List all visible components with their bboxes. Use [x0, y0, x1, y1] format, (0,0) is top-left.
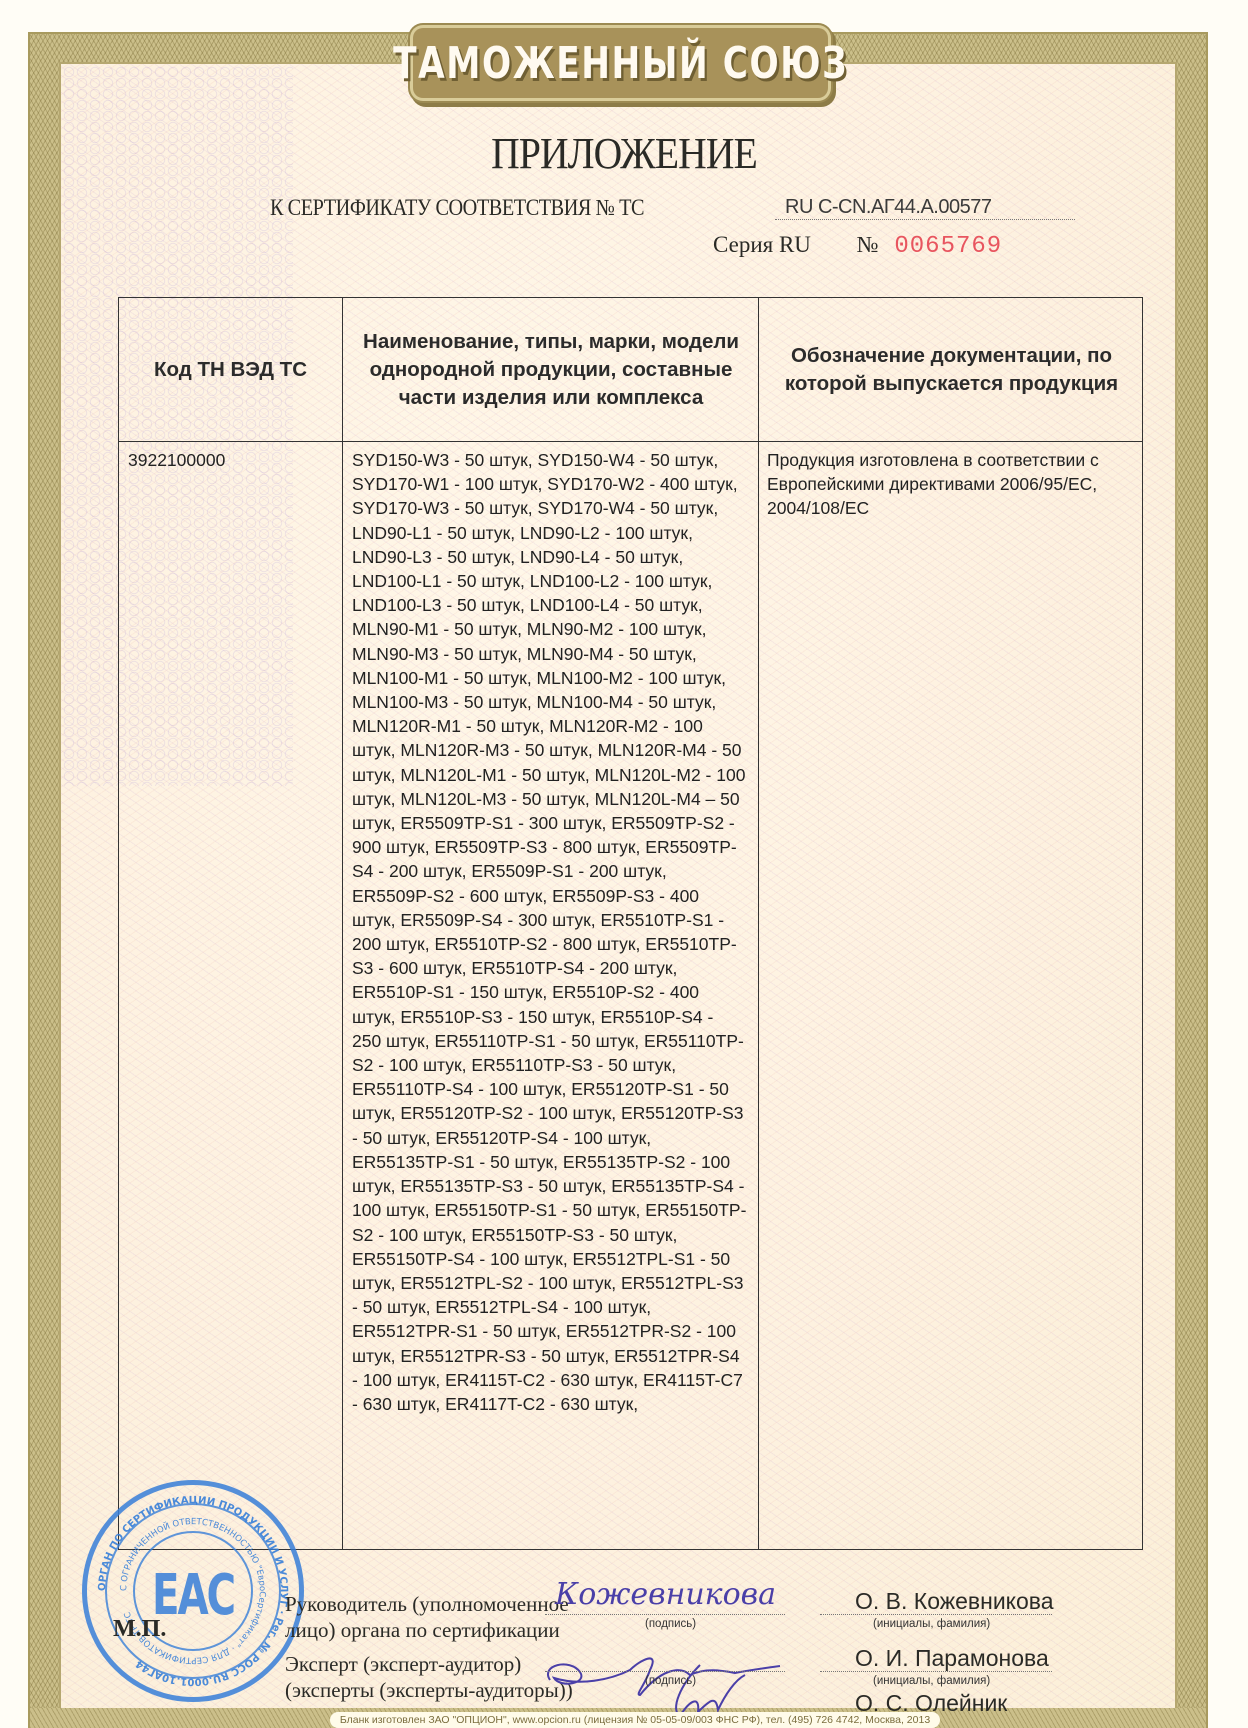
expert-label-line1: Эксперт (эксперт-аудитор) — [285, 1652, 521, 1677]
series-line: Серия RU № 0065769 — [713, 232, 1002, 260]
certificate-label: К СЕРТИФИКАТУ СООТВЕТСТВИЯ № ТС — [270, 195, 695, 221]
expert-name-1: О. И. Парамонова — [855, 1645, 1049, 1672]
series-label: Серия — [713, 232, 773, 257]
head-label-line1: Руководитель (уполномоченное — [285, 1592, 569, 1617]
customs-union-banner: ТАМОЖЕННЫЙ СОЮЗ — [413, 28, 828, 98]
cell-documentation: Продукция изготовлена в соответствии с Е… — [767, 448, 1137, 521]
expert-label-line2: (эксперты (эксперты-аудиторы)) — [285, 1678, 573, 1703]
expert-signature-line — [545, 1671, 785, 1672]
seal-place-label: М.П. — [113, 1616, 166, 1643]
head-signature-line — [545, 1614, 785, 1615]
expert-signature-caption: (подпись) — [645, 1675, 696, 1687]
header-documentation: Обозначение документации, по которой вып… — [769, 298, 1134, 441]
certificate-number: RU C-CN.АГ44.А.00577 — [775, 196, 1075, 220]
expert-name-caption: (инициалы, фамилия) — [873, 1675, 990, 1687]
certification-stamp: ОРГАН ПО СЕРТИФИКАЦИИ ПРОДУКЦИИ И УСЛУГ … — [82, 1480, 304, 1702]
cell-tn-ved-code: 3922100000 — [128, 448, 328, 472]
column-divider — [758, 298, 759, 1549]
serial-number: 0065769 — [894, 233, 1002, 260]
banner-text: ТАМОЖЕННЫЙ СОЮЗ — [393, 38, 848, 89]
header-products: Наименование, типы, марки, модели одноро… — [355, 298, 747, 441]
head-name: О. В. Кожевникова — [855, 1588, 1054, 1615]
header-divider — [119, 441, 1142, 442]
head-signature-caption: (подпись) — [645, 1618, 696, 1630]
column-divider — [342, 298, 343, 1549]
head-label-line2: лицо) органа по сертификации — [285, 1618, 560, 1643]
form-footer: Бланк изготовлен ЗАО "ОПЦИОН", www.opcio… — [330, 1712, 940, 1728]
page-title: ПРИЛОЖЕНИЕ — [62, 128, 1185, 179]
series-value: RU — [779, 232, 811, 257]
cell-products: SYD150-W3 - 50 штук, SYD150-W4 - 50 штук… — [352, 448, 747, 1416]
head-name-caption: (инициалы, фамилия) — [873, 1618, 990, 1630]
head-signature: Кожевникова — [555, 1577, 776, 1612]
header-code: Код ТН ВЭД ТС — [119, 298, 342, 441]
certificate-label-text: К СЕРТИФИКАТУ СООТВЕТСТВИЯ № ТС — [270, 195, 644, 221]
product-table: Код ТН ВЭД ТС Наименование, типы, марки,… — [118, 297, 1143, 1550]
number-label: № — [857, 232, 879, 257]
